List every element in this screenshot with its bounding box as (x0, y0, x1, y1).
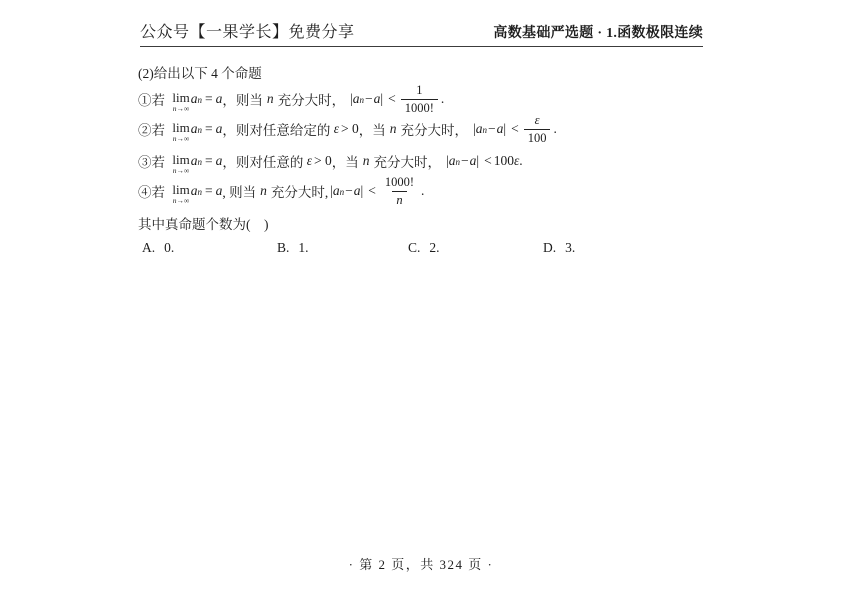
var-a: a (449, 153, 456, 169)
less-than-sign: < (511, 121, 519, 137)
equals-sign: = (205, 121, 213, 137)
sub-n: n (197, 157, 202, 167)
document-page: 公众号【一果学长】免费分享 高数基础严选题 · 1.函数极限连续 (2)给出以下… (0, 0, 842, 596)
option-a-value: 0. (164, 240, 174, 256)
sequence-limit-expression: an=a (191, 121, 223, 137)
option-c-label: C. (408, 240, 420, 256)
var-a: a (216, 91, 223, 107)
var-n: n (197, 125, 202, 135)
proposition-prefix: ①若 (138, 89, 168, 109)
equals-sign: = (205, 183, 213, 199)
minus-sign: − (488, 121, 496, 137)
limit-word: lim (172, 153, 189, 166)
equals-sign: = (205, 153, 213, 169)
sub-n: n (340, 187, 345, 197)
pipe-symbol: | (361, 183, 364, 199)
less-than-sign: < (484, 153, 492, 169)
var-a: a (216, 153, 223, 169)
limit-notation: lim n→∞ (172, 153, 189, 175)
clause-text: ，则对任意给定的 (222, 119, 333, 139)
var-n: n (483, 125, 488, 135)
var-a: a (476, 121, 483, 137)
option-b-label: B. (277, 240, 289, 256)
sequence-limit-expression: an=a (191, 153, 223, 169)
var-n: n (360, 95, 365, 105)
var-n: n (197, 95, 202, 105)
fraction: ε 100 (524, 113, 551, 145)
fraction: 1000! n (381, 175, 418, 207)
limit-subscript: n→∞ (173, 197, 190, 205)
proposition-prefix: ④若 (138, 181, 168, 201)
period: . (441, 91, 444, 107)
period: . (553, 121, 556, 137)
conclusion-line: 其中真命题个数为( ) (138, 214, 269, 232)
sub-n: n (456, 157, 461, 167)
period: . (421, 183, 424, 199)
option-d-value: 3. (565, 240, 575, 256)
fraction-denominator: 100 (524, 129, 551, 145)
limit-notation: lim n→∞ (172, 91, 189, 113)
var-n: n (390, 121, 397, 137)
less-than-sign: < (388, 91, 396, 107)
var-a: a (191, 91, 198, 107)
pipe-symbol: | (380, 91, 383, 107)
header-right-title: 高数基础严选题 · 1.函数极限连续 (493, 22, 703, 42)
problem-intro: (2)给出以下 4 个命题 (138, 63, 262, 81)
proposition-prefix: ③若 (138, 151, 168, 171)
option-b-value: 1. (298, 240, 308, 256)
option-a: A. 0. (142, 240, 174, 256)
var-n: n (340, 187, 345, 197)
var-n: n (456, 157, 461, 167)
var-n: n (260, 183, 267, 199)
coefficient: 100 (494, 153, 514, 169)
var-epsilon: ε (307, 153, 312, 169)
greater-than-zero: > 0 (341, 121, 359, 137)
var-a: a (333, 183, 340, 199)
sub-n: n (197, 95, 202, 105)
sub-n: n (360, 95, 365, 105)
minus-sign: − (345, 183, 353, 199)
var-a: a (470, 153, 477, 169)
option-a-label: A. (142, 240, 155, 256)
fraction-numerator: ε (531, 113, 544, 128)
proposition-4: ④若 lim n→∞ an=a , 则当 n 充分大时, |an−a|< 100… (138, 174, 424, 208)
fraction-numerator: 1 (412, 83, 426, 98)
sub-n: n (197, 187, 202, 197)
var-a: a (353, 91, 360, 107)
fraction-numerator: 1000! (381, 175, 418, 190)
minus-sign: − (461, 153, 469, 169)
fraction-denominator: n (392, 191, 406, 207)
option-d-label: D. (543, 240, 556, 256)
var-a: a (191, 121, 198, 137)
var-n: n (197, 187, 202, 197)
var-a: a (191, 183, 198, 199)
clause-text: ，当 (332, 151, 359, 171)
clause-text: ，则对任意的 (222, 151, 306, 171)
less-than-sign: < (368, 183, 376, 199)
clause-text: ，则当 (222, 89, 263, 109)
sub-n: n (197, 125, 202, 135)
absolute-difference-inequality: |an−a|< (446, 153, 492, 169)
page-header: 公众号【一果学长】免费分享 高数基础严选题 · 1.函数极限连续 (140, 19, 703, 47)
var-a: a (216, 183, 223, 199)
option-b: B. 1. (277, 240, 309, 256)
clause-text: 充分大时， (278, 89, 346, 109)
limit-word: lim (172, 183, 189, 196)
clause-text: 充分大时， (374, 151, 442, 171)
conclusion-text: 其中真命题个数为( ) (138, 213, 269, 233)
option-c: C. 2. (408, 240, 440, 256)
fraction: 1 1000! (401, 83, 438, 115)
problem-intro-text: (2)给出以下 4 个命题 (138, 62, 262, 82)
proposition-1: ①若 lim n→∞ an=a ，则当 n 充分大时， |an−a|< 1 10… (138, 82, 444, 116)
minus-sign: − (365, 91, 373, 107)
limit-word: lim (172, 91, 189, 104)
var-n: n (363, 153, 370, 169)
proposition-prefix: ②若 (138, 119, 168, 139)
sequence-limit-expression: an=a (191, 183, 223, 199)
period: . (519, 153, 522, 169)
clause-text: 充分大时， (401, 119, 469, 139)
clause-text: ，当 (359, 119, 386, 139)
proposition-2: ②若 lim n→∞ an=a ，则对任意给定的 ε > 0 ，当 n 充分大时… (138, 112, 557, 146)
greater-than-zero: > 0 (314, 153, 332, 169)
clause-text: , 则当 (222, 181, 256, 201)
var-a: a (216, 121, 223, 137)
absolute-difference-inequality: |an−a|< (473, 121, 519, 137)
absolute-difference-inequality: |an−a|< (330, 183, 376, 199)
sequence-limit-expression: an=a (191, 91, 223, 107)
limit-notation: lim n→∞ (172, 121, 189, 143)
var-n: n (267, 91, 274, 107)
var-a: a (497, 121, 504, 137)
clause-text: 充分大时, (271, 181, 328, 201)
limit-subscript: n→∞ (173, 135, 190, 143)
answer-options: A. 0. B. 1. C. 2. D. 3. (142, 240, 702, 260)
var-a: a (374, 91, 381, 107)
proposition-3: ③若 lim n→∞ an=a ，则对任意的 ε > 0 ，当 n 充分大时， … (138, 147, 523, 175)
limit-notation: lim n→∞ (172, 183, 189, 205)
var-epsilon: ε (334, 121, 339, 137)
sub-n: n (483, 125, 488, 135)
absolute-difference-inequality: |an−a|< (350, 91, 396, 107)
equals-sign: = (205, 91, 213, 107)
option-c-value: 2. (429, 240, 439, 256)
var-a: a (354, 183, 361, 199)
header-left-title: 公众号【一果学长】免费分享 (140, 19, 355, 42)
pipe-symbol: | (503, 121, 506, 137)
var-a: a (191, 153, 198, 169)
limit-word: lim (172, 121, 189, 134)
page-footer: · 第 2 页，共 324 页 · (0, 554, 842, 573)
var-n: n (197, 157, 202, 167)
option-d: D. 3. (543, 240, 575, 256)
pipe-symbol: | (476, 153, 479, 169)
